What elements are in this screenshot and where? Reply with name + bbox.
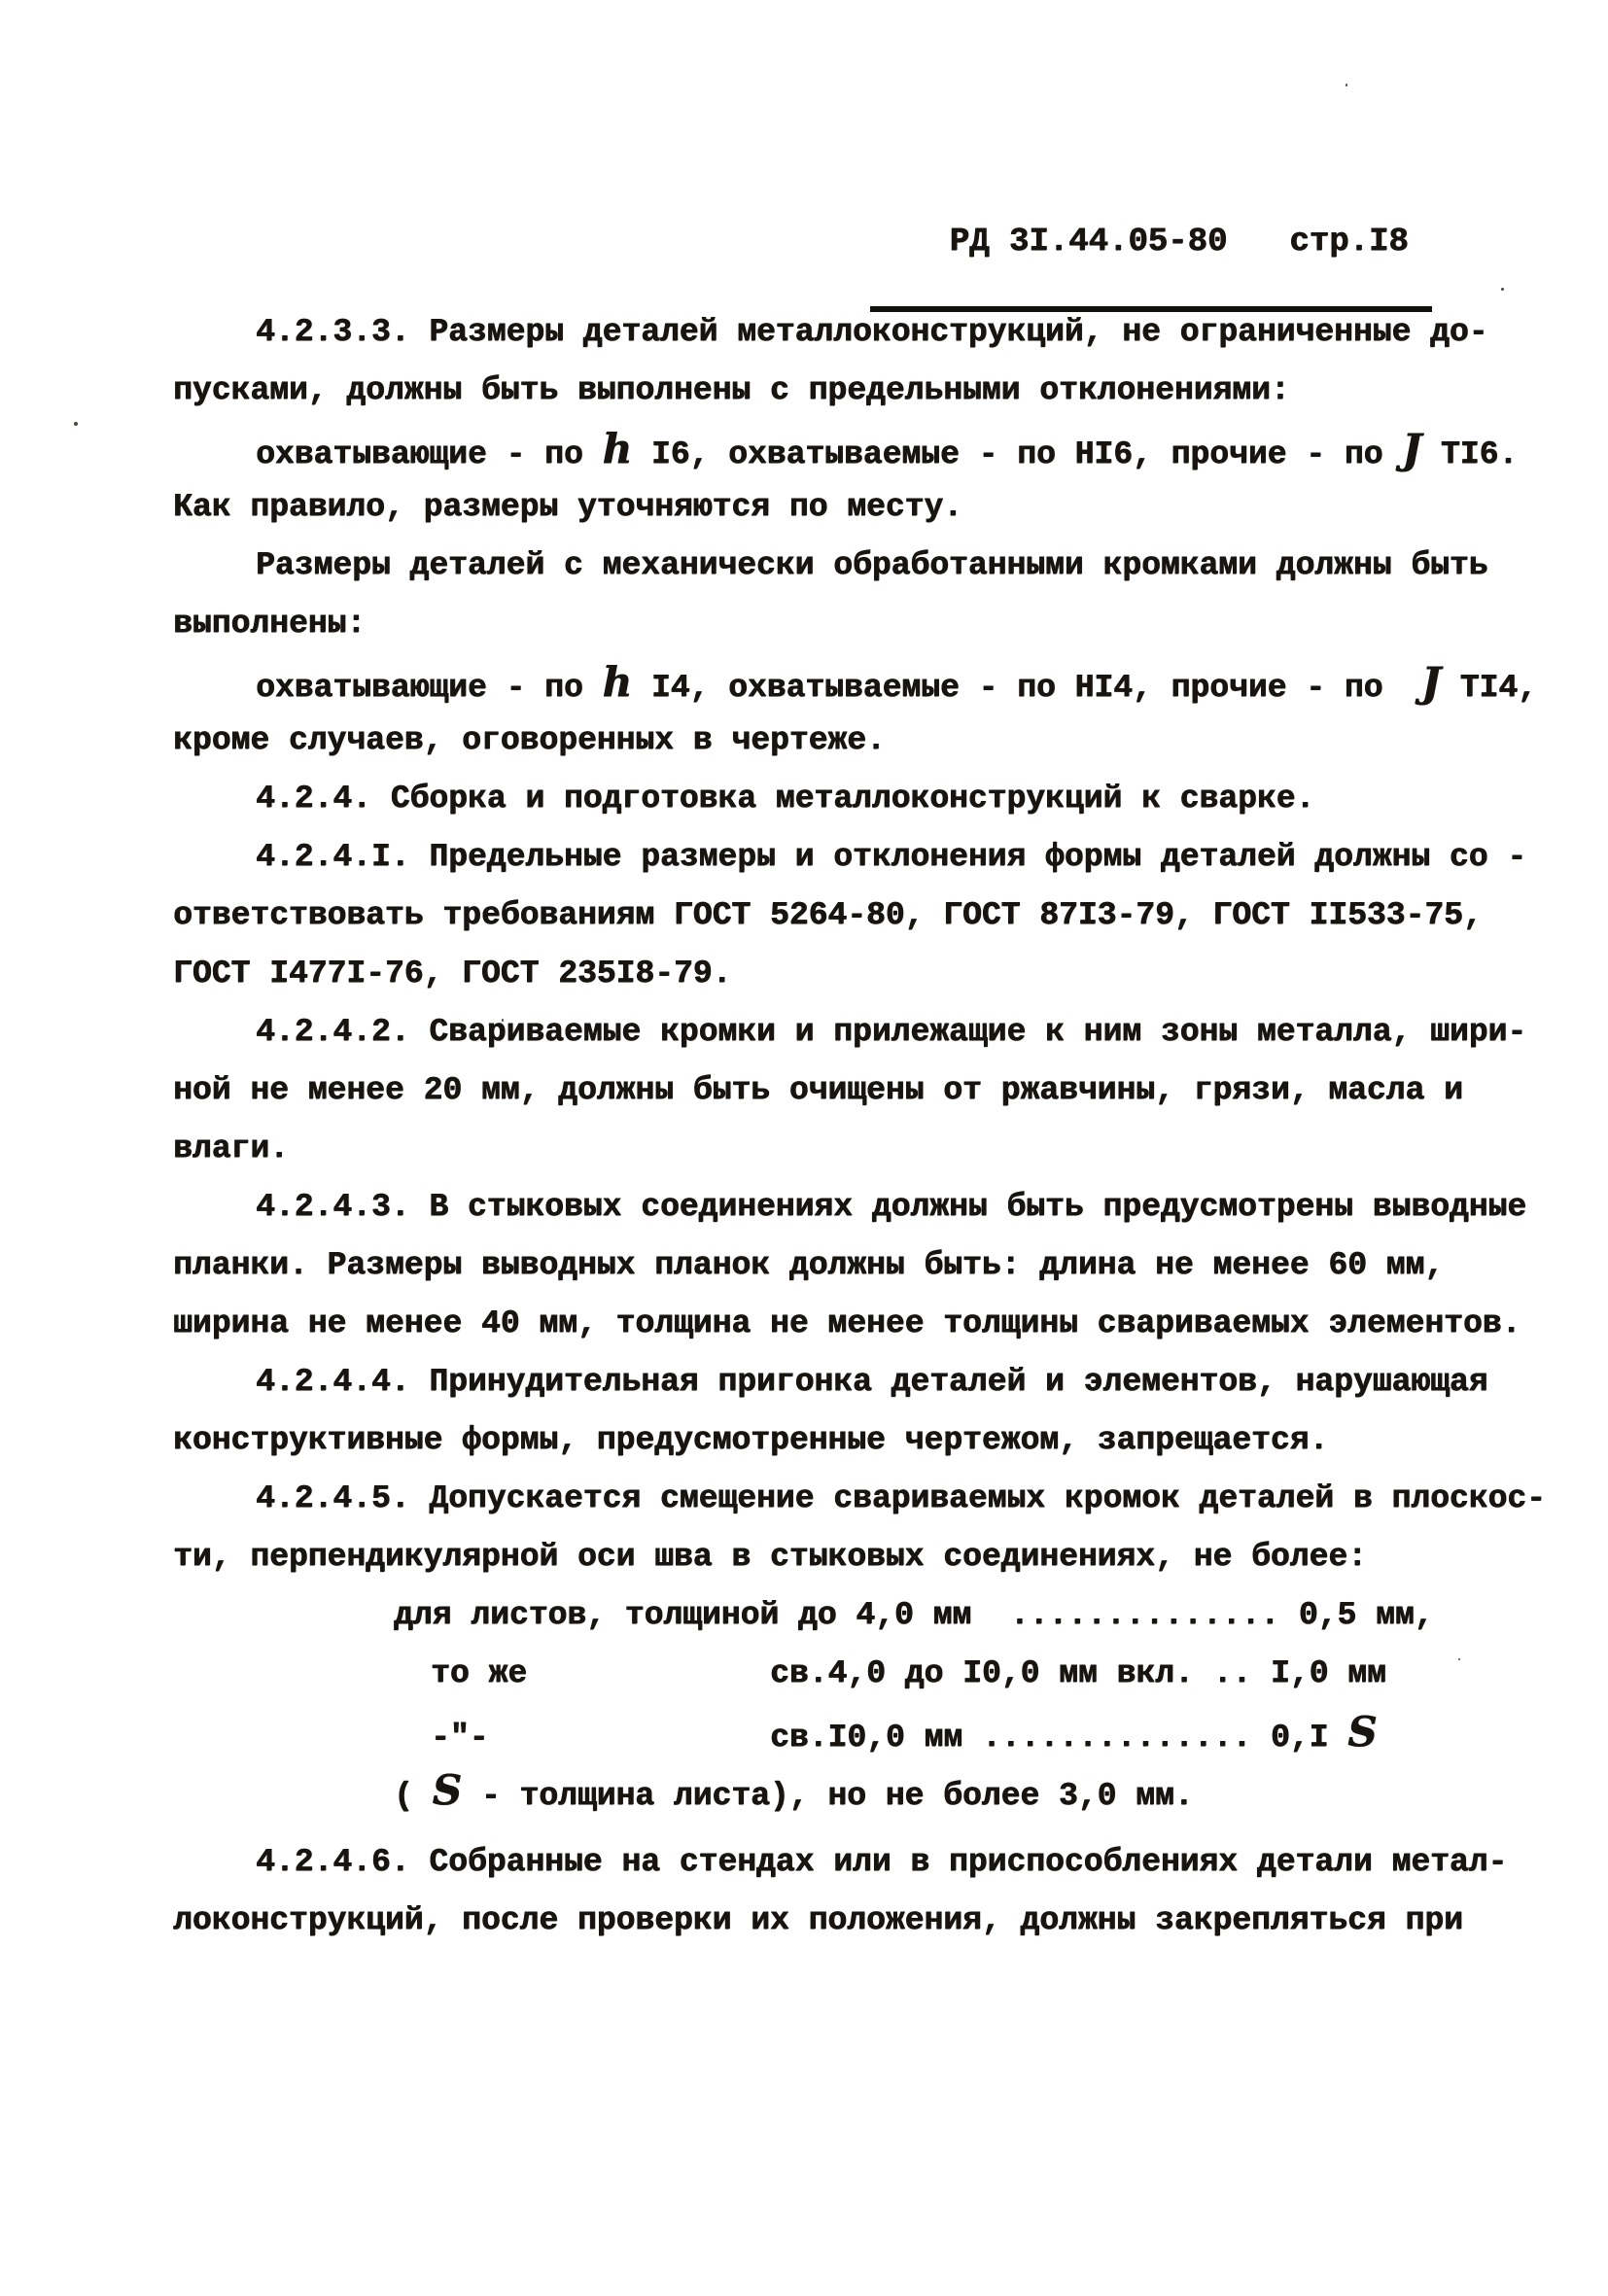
handwritten-letter: J [1421,658,1441,706]
scan-speck [1346,84,1347,87]
typewriter-text: выполнены: [173,606,366,642]
text-line: пусками, должны быть выполнены с предель… [173,362,1563,420]
document-number: РД 3I.44.05-80 [950,224,1228,261]
text-line: Как правило, размеры уточняются по месту… [173,478,1563,537]
text-line: то жесв.4,0 до I0,0 мм вкл. .. I,0 мм [173,1645,1563,1703]
scanned-document-page: РД 3I.44.05-80стр.I8 4.2.3.3. Размеры де… [0,0,1608,2296]
typewriter-text: локонструкций, после проверки их положен… [173,1902,1463,1938]
typewriter-text: ( [394,1778,433,1814]
text-line: охватывающие - по h I6, охватываемые - п… [173,420,1563,478]
text-line: ширина не менее 40 мм, толщина не менее … [173,1295,1563,1353]
typewriter-text: для листов, толщиной до 4,0 мм .........… [394,1597,1433,1633]
typewriter-text: -"- [431,1709,770,1767]
typewriter-text: конструктивные формы, предусмотренные че… [173,1422,1328,1458]
typewriter-text: Как правило, размеры уточняются по месту… [173,489,962,525]
typewriter-text: ответствовать требованиям ГОСТ 5264-80, … [173,897,1483,933]
typewriter-text: I6, охватываемые - по НI6, прочие - по [632,436,1402,472]
typewriter-text: св.I0,0 мм .............. 0,I [770,1720,1347,1756]
typewriter-text: I4, охватываемые - по НI4, прочие - по [632,670,1421,706]
handwritten-letter: S [433,1766,462,1814]
text-line: ти, перпендикулярной оси шва в стыковых … [173,1528,1563,1586]
document-lines: 4.2.3.3. Размеры деталей металлоконструк… [173,303,1563,1950]
text-line: 4.2.3.3. Размеры деталей металлоконструк… [173,303,1563,362]
typewriter-text: ширина не менее 40 мм, толщина не менее … [173,1305,1521,1341]
scan-speck [74,422,78,426]
handwritten-letter: S [1347,1708,1377,1756]
scan-speck [1501,288,1504,291]
scan-speck [502,1019,504,1022]
text-line: 4.2.4. Сборка и подготовка металлоконстр… [173,770,1563,828]
page-header: РД 3I.44.05-80стр.I8 [870,187,1432,312]
page-number: стр.I8 [1289,224,1408,261]
text-line: -"-св.I0,0 мм .............. 0,I S [173,1703,1563,1761]
typewriter-text: ной не менее 20 мм, должны быть очищены … [173,1072,1463,1108]
typewriter-text: 4.2.4.4. Принудительная пригонка деталей… [256,1364,1487,1400]
typewriter-text: 4.2.4.2. Свариваемые кромки и прилежащие… [256,1014,1526,1050]
text-line: конструктивные формы, предусмотренные че… [173,1411,1563,1470]
typewriter-text: кроме случаев, оговоренных в чертеже. [173,722,886,758]
typewriter-text: 4.2.4.I. Предельные размеры и отклонения… [256,839,1526,875]
text-line: 4.2.4.4. Принудительная пригонка деталей… [173,1353,1563,1411]
typewriter-text: св.4,0 до I0,0 мм вкл. .. I,0 мм [770,1655,1386,1691]
text-line: для листов, толщиной до 4,0 мм .........… [173,1586,1563,1645]
typewriter-text: 4.2.4. Сборка и подготовка металлоконстр… [256,781,1314,817]
text-line: ( S - толщина листа), но не более 3,0 мм… [173,1761,1563,1820]
scan-speck [1458,1658,1460,1660]
text-line: ной не менее 20 мм, должны быть очищены … [173,1061,1563,1120]
text-line: 4.2.4.6. Собранные на стендах или в прис… [173,1833,1563,1892]
typewriter-text: то же [431,1645,770,1703]
typewriter-text: 4.2.4.6. Собранные на стендах или в прис… [256,1844,1507,1880]
text-line: выполнены: [173,595,1563,653]
typewriter-text: ТI4, [1441,670,1537,706]
typewriter-text: 4.2.4.3. В стыковых соединениях должны б… [256,1189,1526,1225]
text-line: влаги. [173,1120,1563,1178]
text-line: 4.2.4.2. Свариваемые кромки и прилежащие… [173,1003,1563,1061]
typewriter-text: ти, перпендикулярной оси шва в стыковых … [173,1539,1367,1575]
typewriter-text: ГОСТ I477I-76, ГОСТ 235I8-79. [173,956,731,991]
typewriter-text: - толщина листа), но не более 3,0 мм. [462,1778,1194,1814]
typewriter-text: Размеры деталей с механически обработанн… [256,547,1487,583]
typewriter-text: планки. Размеры выводных планок должны б… [173,1247,1444,1283]
typewriter-text: охватывающие - по [256,436,602,472]
typewriter-text: пусками, должны быть выполнены с предель… [173,372,1290,408]
text-line: локонструкций, после проверки их положен… [173,1892,1563,1950]
text-line: 4.2.4.I. Предельные размеры и отклонения… [173,828,1563,887]
typewriter-text: ТI6. [1421,436,1518,472]
handwritten-letter: h [602,425,632,472]
handwritten-letter: h [602,658,632,706]
typewriter-text: 4.2.4.5. Допускается смещение свариваемы… [256,1480,1546,1516]
text-line: кроме случаев, оговоренных в чертеже. [173,712,1563,770]
text-line: 4.2.4.5. Допускается смещение свариваемы… [173,1470,1563,1528]
text-line: 4.2.4.3. В стыковых соединениях должны б… [173,1178,1563,1236]
text-line: планки. Размеры выводных планок должны б… [173,1236,1563,1295]
typewriter-text: охватывающие - по [256,670,602,706]
handwritten-letter: J [1402,425,1421,472]
text-line: Размеры деталей с механически обработанн… [173,537,1563,595]
typewriter-text: 4.2.3.3. Размеры деталей металлоконструк… [256,314,1487,350]
typewriter-text: влаги. [173,1131,289,1166]
text-line: ответствовать требованиям ГОСТ 5264-80, … [173,887,1563,945]
text-line: ГОСТ I477I-76, ГОСТ 235I8-79. [173,945,1563,1003]
text-line: охватывающие - по h I4, охватываемые - п… [173,653,1563,712]
